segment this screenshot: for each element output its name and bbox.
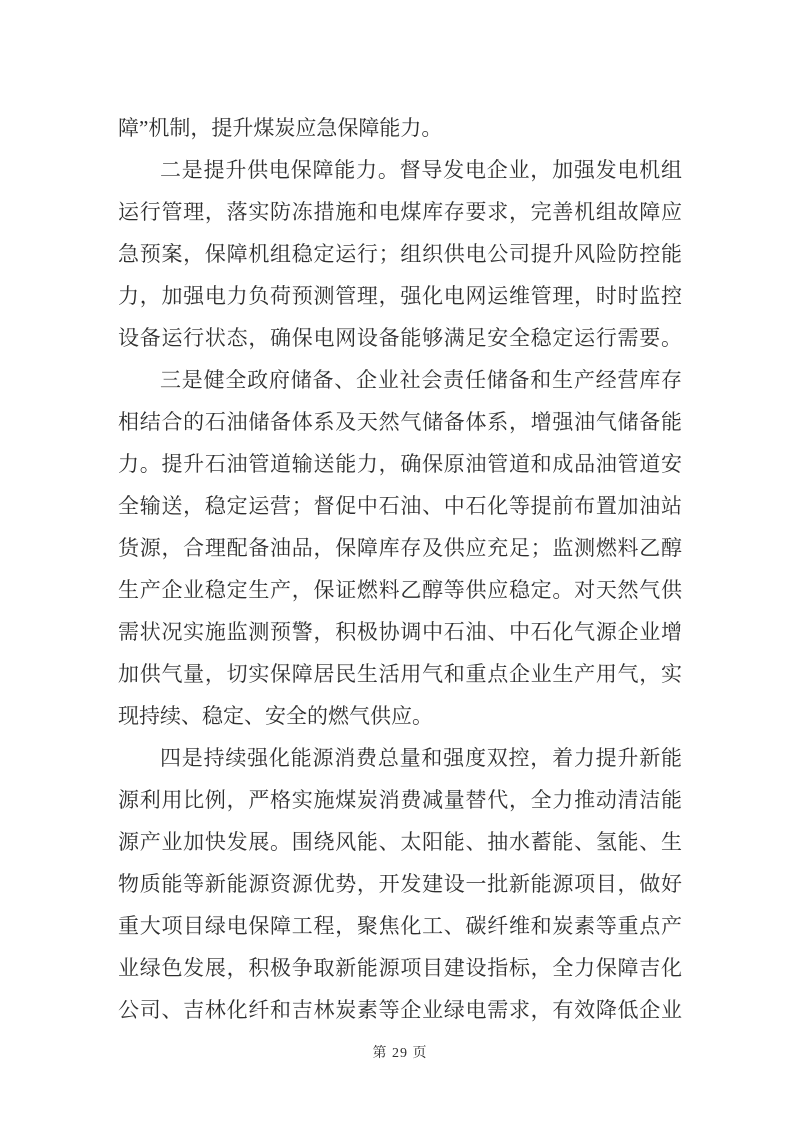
paragraph-continuation: 障”机制，提升煤炭应急保障能力。 bbox=[118, 107, 682, 149]
text-line: 相结合的石油储备体系及天然气储备体系，增强油气储备能 bbox=[118, 401, 682, 443]
text-line: 三是健全政府储备、企业社会责任储备和生产经营库存 bbox=[118, 359, 682, 401]
paragraph-3: 三是健全政府储备、企业社会责任储备和生产经营库存 相结合的石油储备体系及天然气储… bbox=[118, 359, 682, 737]
text-line: 运行管理，落实防冻措施和电煤库存要求，完善机组故障应 bbox=[118, 191, 682, 233]
text-line: 重大项目绿电保障工程，聚焦化工、碳纤维和炭素等重点产 bbox=[118, 905, 682, 947]
document-body: 障”机制，提升煤炭应急保障能力。 二是提升供电保障能力。督导发电企业，加强发电机… bbox=[118, 107, 682, 1031]
text-line: 障”机制，提升煤炭应急保障能力。 bbox=[118, 107, 682, 149]
paragraph-2: 二是提升供电保障能力。督导发电企业，加强发电机组 运行管理，落实防冻措施和电煤库… bbox=[118, 149, 682, 359]
text-line: 公司、吉林化纤和吉林炭素等企业绿电需求，有效降低企业 bbox=[118, 989, 682, 1031]
text-line: 货源，合理配备油品，保障库存及供应充足；监测燃料乙醇 bbox=[118, 527, 682, 569]
text-line: 四是持续强化能源消费总量和强度双控，着力提升新能 bbox=[118, 737, 682, 779]
page-number: 第 29 页 bbox=[0, 1044, 800, 1064]
text-line: 物质能等新能源资源优势，开发建设一批新能源项目，做好 bbox=[118, 863, 682, 905]
paragraph-4: 四是持续强化能源消费总量和强度双控，着力提升新能 源利用比例，严格实施煤炭消费减… bbox=[118, 737, 682, 1031]
text-line: 加供气量，切实保障居民生活用气和重点企业生产用气，实 bbox=[118, 653, 682, 695]
text-line: 设备运行状态，确保电网设备能够满足安全稳定运行需要。 bbox=[118, 317, 682, 359]
text-line: 急预案，保障机组稳定运行；组织供电公司提升风险防控能 bbox=[118, 233, 682, 275]
text-line: 业绿色发展，积极争取新能源项目建设指标，全力保障吉化 bbox=[118, 947, 682, 989]
text-line: 源产业加快发展。围绕风能、太阳能、抽水蓄能、氢能、生 bbox=[118, 821, 682, 863]
text-line: 需状况实施监测预警，积极协调中石油、中石化气源企业增 bbox=[118, 611, 682, 653]
text-line: 力。提升石油管道输送能力，确保原油管道和成品油管道安 bbox=[118, 443, 682, 485]
text-line: 力，加强电力负荷预测管理，强化电网运维管理，时时监控 bbox=[118, 275, 682, 317]
text-line: 源利用比例，严格实施煤炭消费减量替代，全力推动清洁能 bbox=[118, 779, 682, 821]
text-line: 全输送，稳定运营；督促中石油、中石化等提前布置加油站 bbox=[118, 485, 682, 527]
text-line: 现持续、稳定、安全的燃气供应。 bbox=[118, 695, 682, 737]
text-line: 生产企业稳定生产，保证燃料乙醇等供应稳定。对天然气供 bbox=[118, 569, 682, 611]
text-line: 二是提升供电保障能力。督导发电企业，加强发电机组 bbox=[118, 149, 682, 191]
document-page: 障”机制，提升煤炭应急保障能力。 二是提升供电保障能力。督导发电企业，加强发电机… bbox=[0, 0, 800, 1131]
